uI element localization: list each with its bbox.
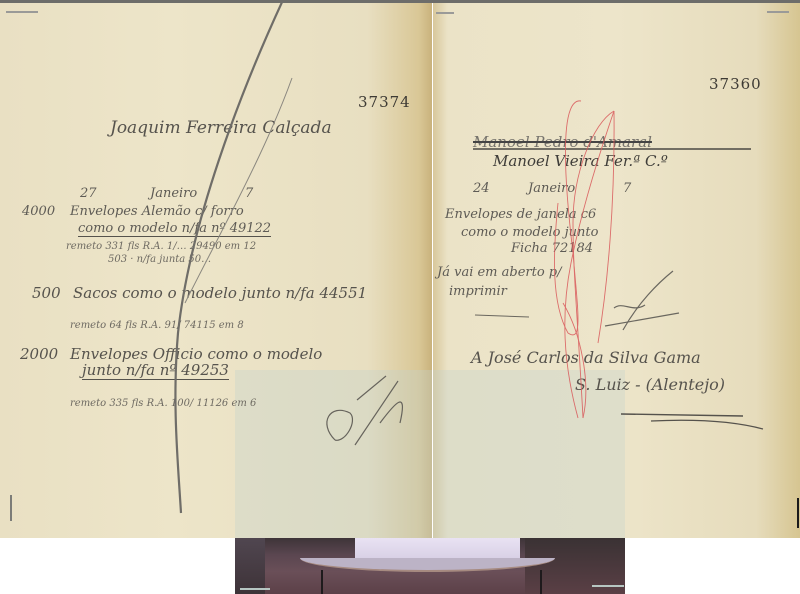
photo-scale-bar <box>592 585 624 587</box>
photo-scale-bar <box>240 588 270 590</box>
right-ledger-page: 37360 Manoel Pedro d'Amaral Manoel Vieir… <box>433 3 800 538</box>
photo-table-leg <box>540 570 542 594</box>
left-ledger-page: 37374 Joaquim Ferreira Calçada 27 Janeir… <box>0 3 432 538</box>
edge-mark <box>797 498 799 528</box>
photo-strip <box>235 538 625 594</box>
signature-mark <box>327 376 403 445</box>
photo-curved-table <box>300 558 555 572</box>
photo-left-wall <box>235 538 265 594</box>
pencil-strokes <box>0 3 432 538</box>
signature-mark <box>605 271 679 330</box>
pencil-strokes <box>433 3 800 538</box>
photo-table-leg <box>321 570 323 594</box>
